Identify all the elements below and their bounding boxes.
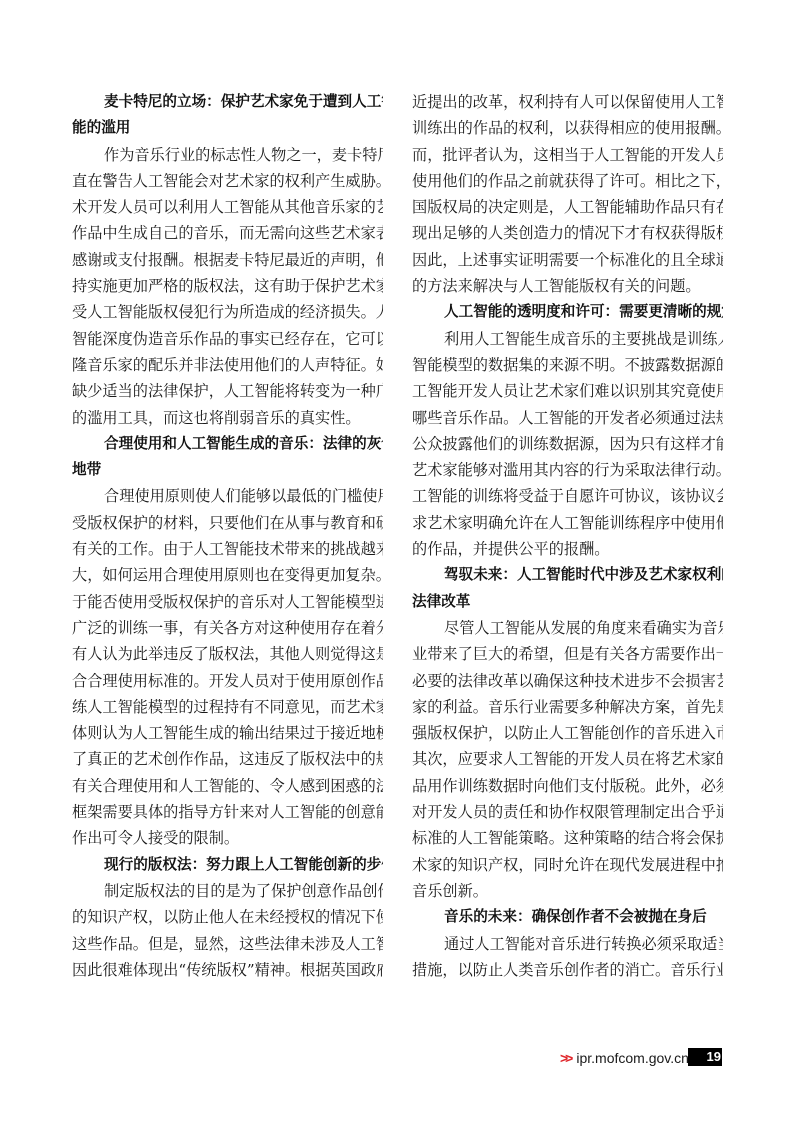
- paragraph-line: 求艺术家明确允许在人工智能训练程序中使用他们: [412, 510, 723, 536]
- right-column: 近提出的改革，权利持有人可以保留使用人工智能训练出的作品的权利，以获得相应的使用…: [412, 89, 723, 983]
- paragraph-line: 强版权保护，以防止人工智能创作的音乐进入市场，: [412, 720, 723, 746]
- paragraph-line: 的知识产权，以防止他人在未经授权的情况下使用: [72, 904, 383, 930]
- paragraph-line: 缺少适当的法律保护，人工智能将转变为一种广泛: [72, 378, 383, 404]
- section-heading-line: 合理使用和人工智能生成的音乐：法律的灰色: [72, 431, 383, 457]
- paragraph-line: 公众披露他们的训练数据源，因为只有这样才能让: [412, 431, 723, 457]
- paragraph-line: 框架需要具体的指导方针来对人工智能的创意能力: [72, 799, 383, 825]
- paragraph-line: 的方法来解决与人工智能版权有关的问题。: [412, 273, 723, 299]
- paragraph-line: 大，如何运用合理使用原则也在变得更加复杂。对: [72, 562, 383, 588]
- footer-website-link[interactable]: ipr.mofcom.gov.cn: [576, 1050, 689, 1066]
- paragraph-line: 作出可令人接受的限制。: [72, 825, 383, 851]
- paragraph-line: 家的利益。音乐行业需要多种解决方案，首先是加: [412, 694, 723, 720]
- paragraph-line: 哪些音乐作品。人工智能的开发者必须通过法规向: [412, 405, 723, 431]
- paragraph-line: 其次，应要求人工智能的开发人员在将艺术家的作: [412, 746, 723, 772]
- paragraph-line: 的滥用工具，而这也将削弱音乐的真实性。: [72, 405, 383, 431]
- section-heading-line: 音乐的未来：确保创作者不会被抛在身后: [412, 904, 723, 930]
- paragraph-line: 有关合理使用和人工智能的、令人感到困惑的法律: [72, 773, 383, 799]
- paragraph-line: 于能否使用受版权保护的音乐对人工智能模型进行: [72, 589, 383, 615]
- document-page: 麦卡特尼的立场：保护艺术家免于遭到人工智能的滥用作为音乐行业的标志性人物之一，麦…: [0, 0, 794, 1123]
- paragraph-line: 练人工智能模型的过程持有不同意见，而艺术家群: [72, 694, 383, 720]
- paragraph-line: 音乐创新。: [412, 878, 723, 904]
- paragraph-line: 因此很难体现出“传统版权”精神。根据英国政府最: [72, 957, 383, 983]
- paragraph-line: 了真正的艺术创作作品，这违反了版权法中的规定。: [72, 746, 383, 772]
- paragraph-line: 受版权保护的材料，只要他们在从事与教育和研究: [72, 510, 383, 536]
- paragraph-line: 直在警告人工智能会对艺术家的权利产生威胁。技: [72, 168, 383, 194]
- paragraph-line: 体则认为人工智能生成的输出结果过于接近地模仿: [72, 720, 383, 746]
- paragraph-line: 作品中生成自己的音乐，而无需向这些艺术家表示: [72, 220, 383, 246]
- paragraph-line: 国版权局的决定则是，人工智能辅助作品只有在表: [412, 194, 723, 220]
- paragraph-line: 制定版权法的目的是为了保护创意作品创作者: [72, 878, 383, 904]
- page-footer: >> ipr.mofcom.gov.cn 19: [560, 1048, 722, 1067]
- paragraph-line: 必要的法律改革以确保这种技术进步不会损害艺术: [412, 668, 723, 694]
- paragraph-line: 广泛的训练一事，有关各方对这种使用存在着分歧。: [72, 615, 383, 641]
- paragraph-line: 有人认为此举违反了版权法，其他人则觉得这是符: [72, 641, 383, 667]
- section-heading-line: 法律改革: [412, 589, 723, 615]
- section-heading-line: 人工智能的透明度和许可：需要更清晰的规定: [412, 299, 723, 325]
- paragraph-line: 有关的工作。由于人工智能技术带来的挑战越来越: [72, 536, 383, 562]
- paragraph-line: 艺术家能够对滥用其内容的行为采取法律行动。人: [412, 457, 723, 483]
- section-heading-line: 麦卡特尼的立场：保护艺术家免于遭到人工智: [72, 89, 383, 115]
- section-heading-line: 驾驭未来：人工智能时代中涉及艺术家权利的: [412, 562, 723, 588]
- paragraph-line: 业带来了巨大的希望，但是有关各方需要作出一些: [412, 641, 723, 667]
- paragraph-line: 尽管人工智能从发展的角度来看确实为音乐行: [412, 615, 723, 641]
- paragraph-line: 工智能开发人员让艺术家们难以识别其究竟使用了: [412, 378, 723, 404]
- paragraph-line: 利用人工智能生成音乐的主要挑战是训练人工: [412, 326, 723, 352]
- section-heading-line: 地带: [72, 457, 383, 483]
- paragraph-line: 现出足够的人类创造力的情况下才有权获得版权。: [412, 220, 723, 246]
- paragraph-line: 而，批评者认为，这相当于人工智能的开发人员在: [412, 142, 723, 168]
- paragraph-line: 持实施更加严格的版权法，这有助于保护艺术家免: [72, 273, 383, 299]
- double-chevron-right-icon: >>: [560, 1050, 570, 1066]
- paragraph-line: 措施，以防止人类音乐创作者的消亡。音乐行业需: [412, 957, 723, 983]
- paragraph-line: 术开发人员可以利用人工智能从其他音乐家的艺术: [72, 194, 383, 220]
- paragraph-line: 这些作品。但是，显然，这些法律未涉及人工智能，: [72, 931, 383, 957]
- paragraph-line: 合理使用原则使人们能够以最低的门槛使用到: [72, 483, 383, 509]
- paragraph-line: 智能深度伪造音乐作品的事实已经存在，它可以克: [72, 326, 383, 352]
- paragraph-line: 标准的人工智能策略。这种策略的结合将会保护艺: [412, 825, 723, 851]
- paragraph-line: 智能模型的数据集的来源不明。不披露数据源的人: [412, 352, 723, 378]
- paragraph-line: 术家的知识产权，同时允许在现代发展进程中推动: [412, 852, 723, 878]
- paragraph-line: 因此，上述事实证明需要一个标准化的且全球通用: [412, 247, 723, 273]
- paragraph-line: 工智能的训练将受益于自愿许可协议，该协议会要: [412, 483, 723, 509]
- section-heading-line: 现行的版权法：努力跟上人工智能创新的步伐: [72, 852, 383, 878]
- paragraph-line: 的作品，并提供公平的报酬。: [412, 536, 723, 562]
- section-heading-line: 能的滥用: [72, 115, 383, 141]
- paragraph-line: 近提出的改革，权利持有人可以保留使用人工智能: [412, 89, 723, 115]
- paragraph-line: 对开发人员的责任和协作权限管理制定出合乎道德: [412, 799, 723, 825]
- paragraph-line: 作为音乐行业的标志性人物之一，麦卡特尼一: [72, 142, 383, 168]
- paragraph-line: 训练出的作品的权利，以获得相应的使用报酬。然: [412, 115, 723, 141]
- paragraph-line: 隆音乐家的配乐并非法使用他们的人声特征。如果: [72, 352, 383, 378]
- paragraph-line: 通过人工智能对音乐进行转换必须采取适当的: [412, 931, 723, 957]
- paragraph-line: 合合理使用标准的。开发人员对于使用原创作品训: [72, 668, 383, 694]
- paragraph-line: 受人工智能版权侵犯行为所造成的经济损失。人工: [72, 299, 383, 325]
- paragraph-line: 品用作训练数据时向他们支付版税。此外，必须针: [412, 773, 723, 799]
- left-column: 麦卡特尼的立场：保护艺术家免于遭到人工智能的滥用作为音乐行业的标志性人物之一，麦…: [72, 89, 383, 983]
- page-number: 19: [688, 1048, 722, 1066]
- paragraph-line: 使用他们的作品之前就获得了许可。相比之下，美: [412, 168, 723, 194]
- paragraph-line: 感谢或支付报酬。根据麦卡特尼最近的声明，他支: [72, 247, 383, 273]
